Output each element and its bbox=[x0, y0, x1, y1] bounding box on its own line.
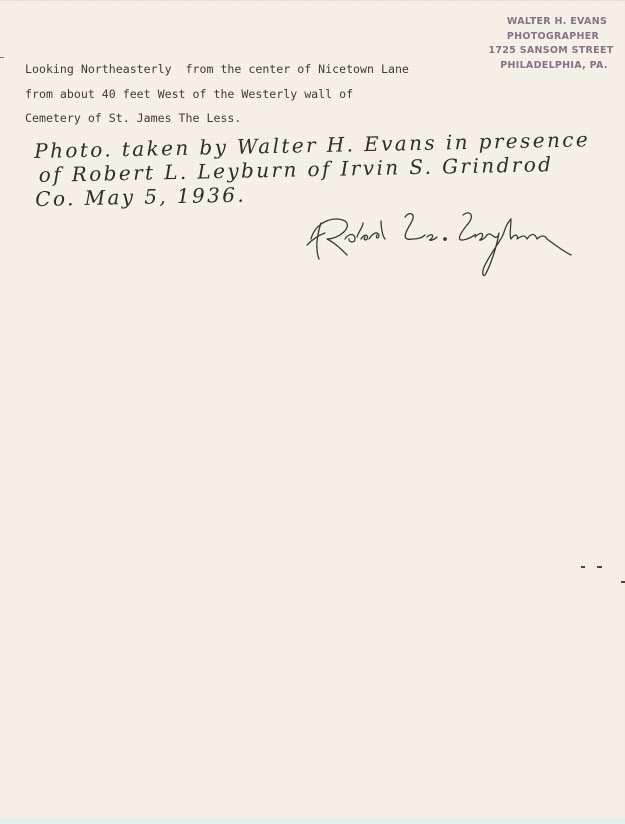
typed-line-2: from about 40 feet West of the Westerly … bbox=[25, 82, 409, 107]
margin-mark bbox=[0, 57, 4, 58]
stray-mark bbox=[621, 581, 625, 583]
photographer-stamp: WALTER H. EVANS PHOTOGRAPHER 1725 SANSOM… bbox=[486, 15, 616, 73]
typed-line-3: Cemetery of St. James The Less. bbox=[25, 106, 409, 131]
scan-bottom-edge bbox=[0, 818, 625, 824]
stamp-line-title: PHOTOGRAPHER bbox=[490, 30, 616, 45]
signature-robert-leyburn: Robert L. Leyburn bbox=[305, 209, 575, 279]
stamp-line-name: WALTER H. EVANS bbox=[498, 15, 616, 30]
stray-mark bbox=[581, 566, 585, 568]
stamp-line-city: PHILADELPHIA, PA. bbox=[492, 59, 616, 74]
stamp-line-street: 1725 SANSOM STREET bbox=[486, 44, 616, 59]
typed-line-1: Looking Northeasterly from the center of… bbox=[25, 57, 409, 82]
typed-caption: Looking Northeasterly from the center of… bbox=[25, 57, 409, 131]
handwritten-note: Photo. taken by Walter H. Evans in prese… bbox=[34, 127, 591, 211]
document-page: WALTER H. EVANS PHOTOGRAPHER 1725 SANSOM… bbox=[0, 0, 625, 819]
stray-mark bbox=[597, 566, 602, 568]
